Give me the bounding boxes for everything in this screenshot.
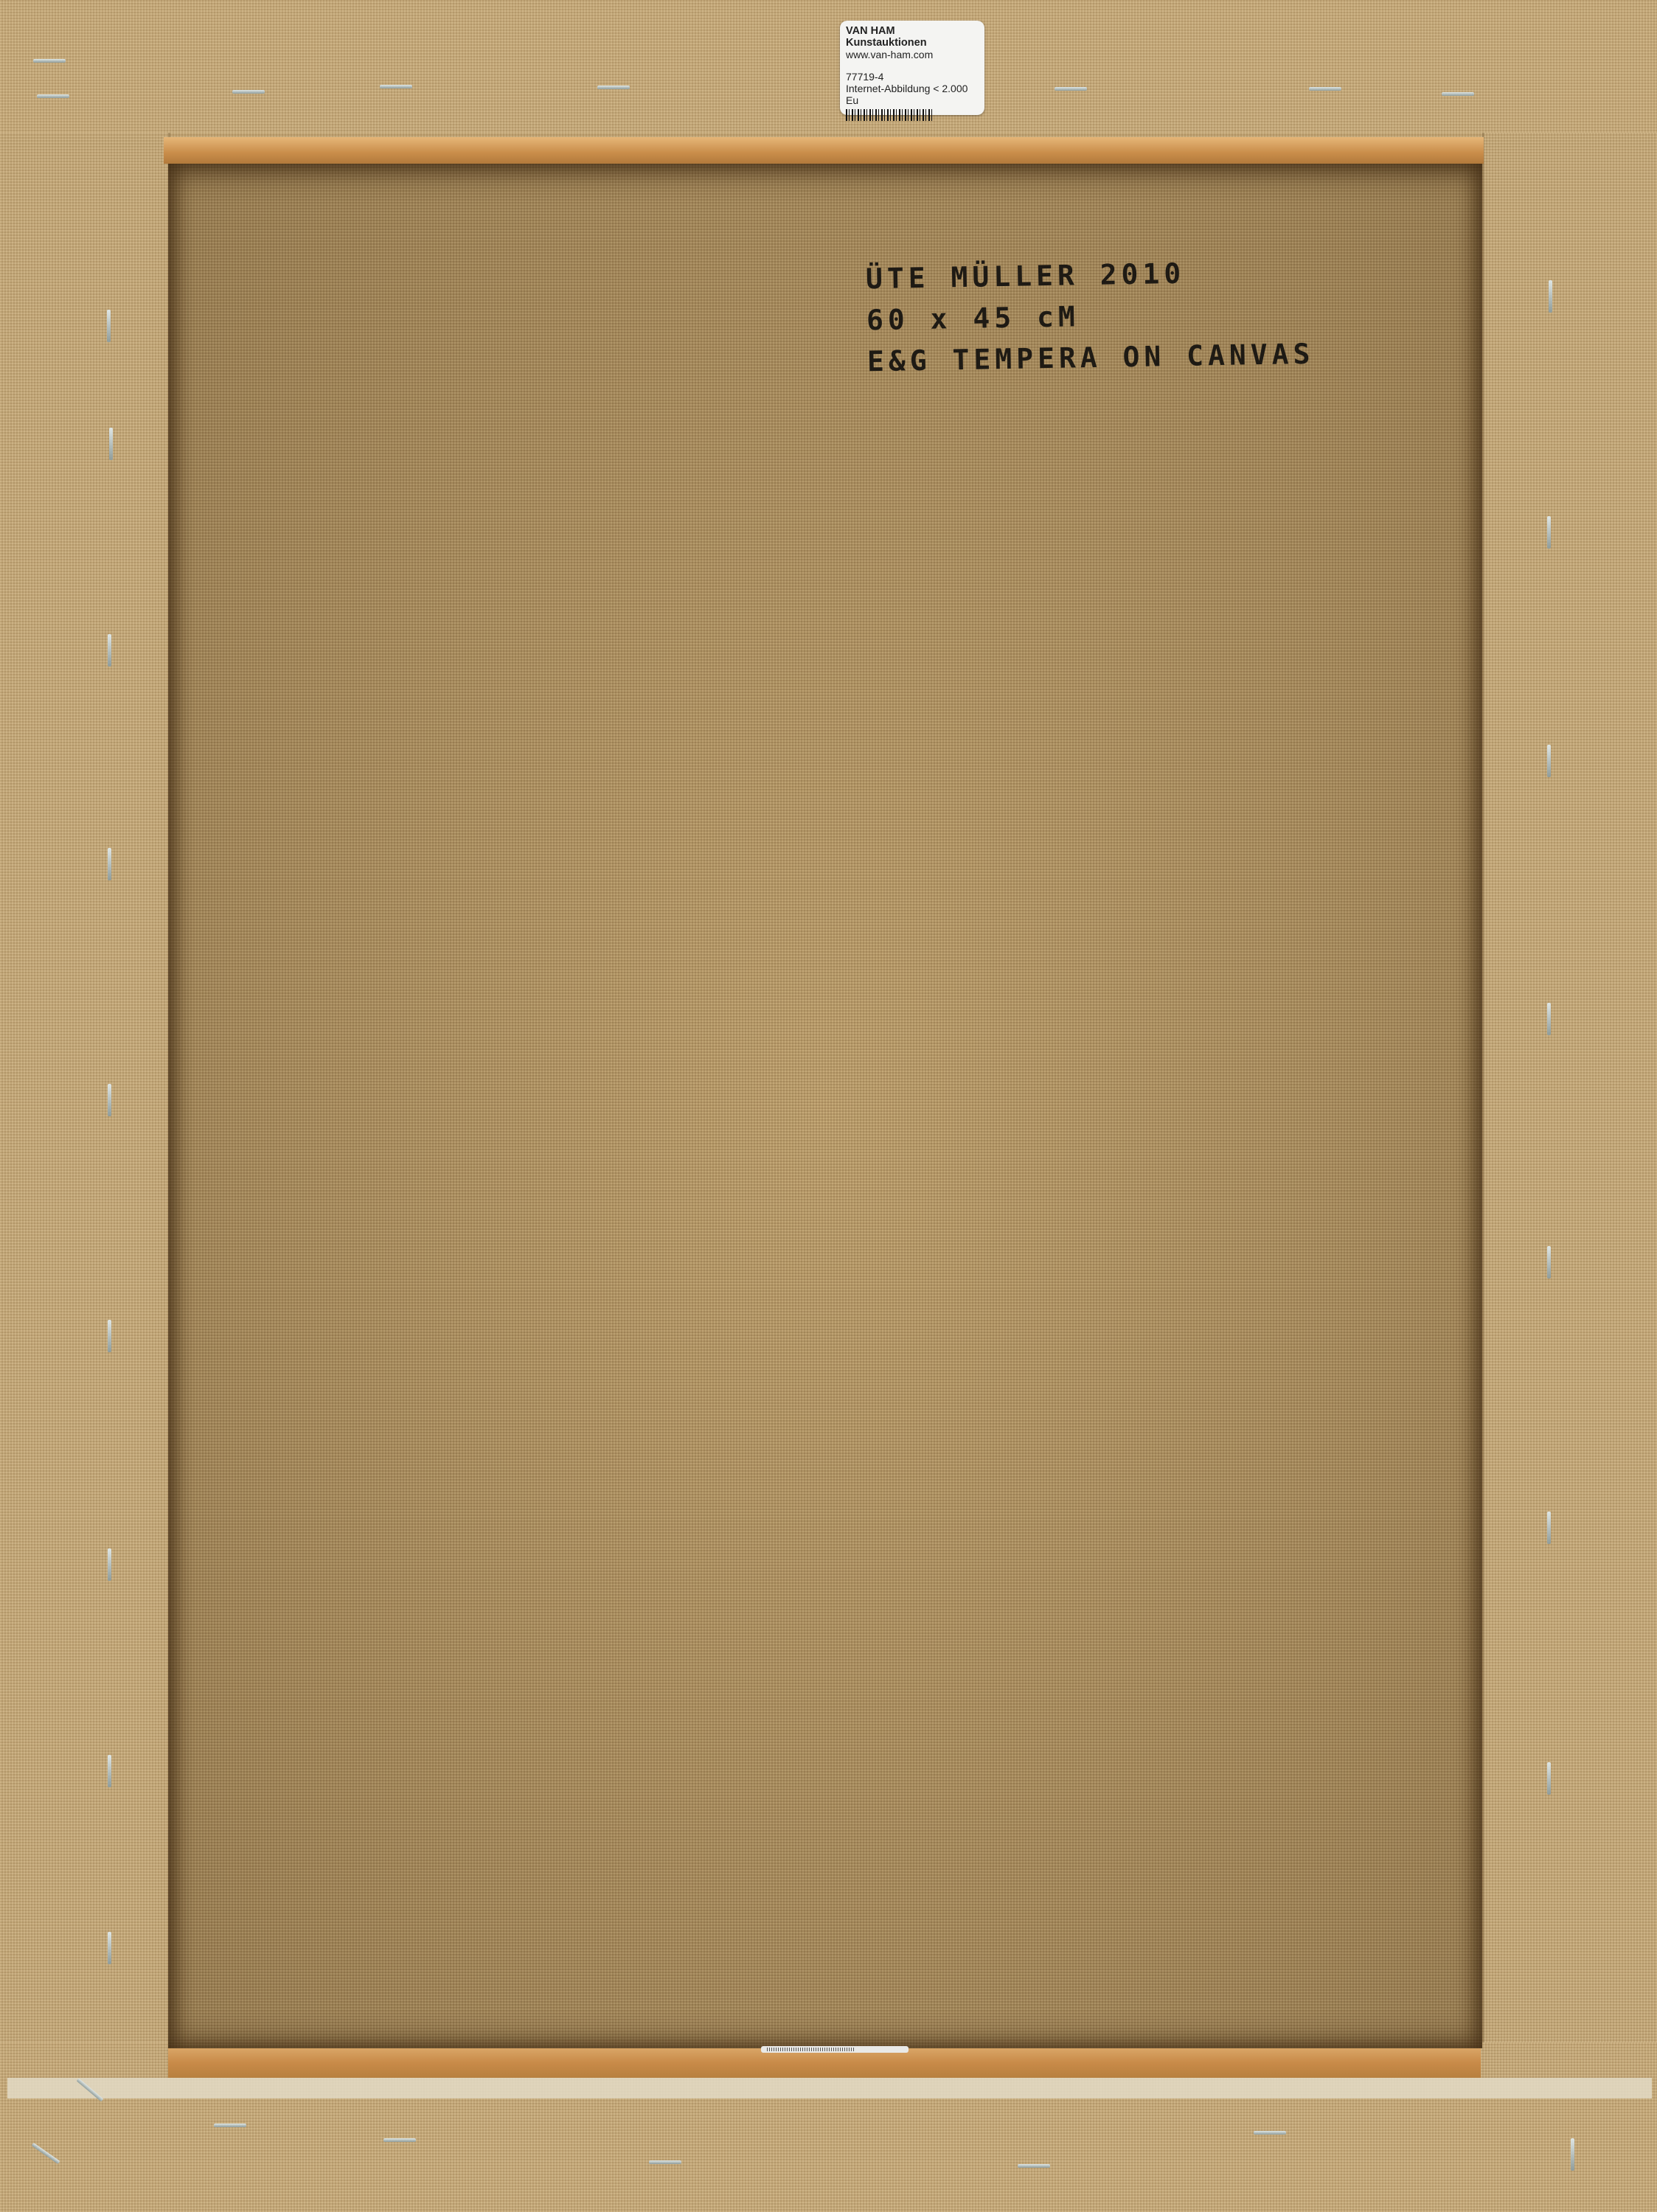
auction-label: VAN HAM Kunstauktionen www.van-ham.com 7…	[840, 21, 984, 115]
canvas-back: ÜTE MÜLLER 2010 60 x 45 cM E&G TEMPERA O…	[0, 0, 1657, 2212]
staple-icon	[1549, 280, 1552, 313]
staple-icon	[108, 1548, 111, 1581]
staple-icon	[1547, 1762, 1551, 1795]
staple-icon	[383, 2138, 416, 2142]
staple-icon	[108, 634, 111, 667]
staple-icon	[37, 94, 69, 98]
top-stretcher-bar	[164, 137, 1484, 164]
staple-icon	[1309, 87, 1341, 91]
label-note: Internet-Abbildung < 2.000 Eu	[846, 83, 979, 106]
staple-icon	[1055, 87, 1087, 91]
staple-icon	[1547, 1246, 1551, 1279]
staple-icon	[33, 59, 66, 63]
handwritten-inscription: ÜTE MÜLLER 2010 60 x 45 cM E&G TEMPERA O…	[866, 251, 1315, 383]
left-canvas-fold	[0, 133, 170, 2042]
staple-icon	[108, 1084, 111, 1116]
inscription-medium: E&G TEMPERA ON CANVAS	[867, 333, 1315, 383]
barcode-icon	[767, 2048, 855, 2051]
staple-icon	[214, 2124, 246, 2127]
staple-icon	[1547, 745, 1551, 777]
staple-icon	[108, 1932, 111, 1964]
staple-icon	[380, 85, 412, 88]
staple-icon	[1547, 516, 1551, 549]
bottom-primed-edge	[7, 2078, 1652, 2098]
staple-icon	[108, 1320, 111, 1352]
inner-canvas-panel	[168, 164, 1482, 2048]
barcode-strip-label	[761, 2046, 909, 2053]
staple-icon	[109, 428, 113, 460]
staple-icon	[649, 2160, 681, 2164]
staple-icon	[1547, 1003, 1551, 1035]
staple-icon	[597, 86, 630, 89]
staple-icon	[108, 1755, 111, 1787]
barcode-icon	[846, 109, 934, 121]
right-canvas-fold	[1482, 133, 1657, 2042]
label-website: www.van-ham.com	[846, 49, 979, 60]
staple-icon	[232, 90, 265, 94]
label-lot-number: 77719-4	[846, 71, 979, 83]
staple-icon	[1018, 2164, 1050, 2168]
staple-icon	[1547, 1512, 1551, 1544]
staple-icon	[107, 310, 111, 342]
bottom-stretcher-bar	[168, 2048, 1481, 2078]
staple-icon	[108, 848, 111, 880]
staple-icon	[1571, 2138, 1574, 2171]
staple-icon	[1442, 92, 1474, 96]
label-company: VAN HAM Kunstauktionen	[846, 25, 979, 49]
staple-icon	[32, 2143, 60, 2164]
staple-icon	[1254, 2131, 1286, 2135]
